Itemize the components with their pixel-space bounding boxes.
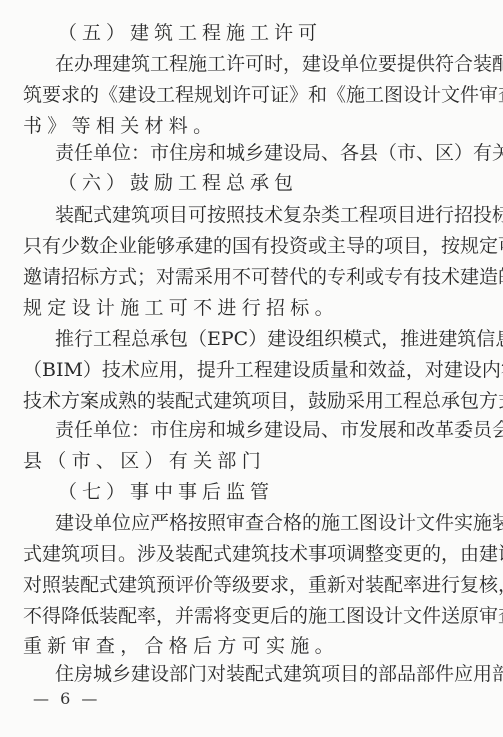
section-heading-7: （七）事中事后监管 <box>58 480 274 504</box>
section-heading-6: （六）鼓励工程总承包 <box>58 171 298 195</box>
responsible-unit-line: 县（市、区）有关部门 <box>23 449 266 473</box>
responsible-unit-line: 责任单位：市住房和城乡建设局、各县（市、区）有关部门 <box>55 141 463 165</box>
paragraph-line: （BIM）技术应用，提升工程建设质量和效益，对建设内容明确、 <box>23 358 463 382</box>
paragraph-line: 筑要求的《建设工程规划许可证》和《施工图设计文件审查合格 <box>23 83 463 107</box>
paragraph-line: 建设单位应严格按照审查合格的施工图设计文件实施装配 <box>55 511 463 535</box>
paragraph-line: 重新审查，合格后方可实施。 <box>23 634 339 658</box>
paragraph-line: 邀请招标方式；对需采用不可替代的专利或专有技术建造的，按 <box>23 265 463 289</box>
responsible-unit-line: 责任单位：市住房和城乡建设局、市发展和改革委员会、各 <box>55 418 463 442</box>
paragraph-line: 推行工程总承包（EPC）建设组织模式，推进建筑信息模型 <box>55 327 463 351</box>
paragraph-line: 对照装配式建筑预评价等级要求，重新对装配率进行复核，变更 <box>23 573 463 597</box>
paragraph-line: 技术方案成熟的装配式建筑项目，鼓励采用工程总承包方式。 <box>23 389 463 413</box>
paragraph-line: 住房城乡建设部门对装配式建筑项目的部品部件应用部位、 <box>55 662 463 686</box>
paragraph-line: 规定设计施工可不进行招标。 <box>23 296 339 320</box>
paragraph-line: 只有少数企业能够承建的国有投资或主导的项目，按规定可采用 <box>23 234 463 258</box>
paragraph-line: 在办理建筑工程施工许可时，建设单位要提供符合装配式建 <box>55 52 463 76</box>
paragraph-line: 书》等相关材料。 <box>23 114 217 138</box>
document-page: （五）建筑工程施工许可 在办理建筑工程施工许可时，建设单位要提供符合装配式建 筑… <box>0 0 503 737</box>
page-number: — 6 — <box>33 688 100 710</box>
paragraph-line: 不得降低装配率，并需将变更后的施工图设计文件送原审查机构 <box>23 604 463 628</box>
paragraph-line: 装配式建筑项目可按照技术复杂类工程项目进行招投标，对 <box>55 203 463 227</box>
paragraph-line: 式建筑项目。涉及装配式建筑技术事项调整变更的，由建设单位 <box>23 542 463 566</box>
section-heading-5: （五）建筑工程施工许可 <box>58 21 322 45</box>
